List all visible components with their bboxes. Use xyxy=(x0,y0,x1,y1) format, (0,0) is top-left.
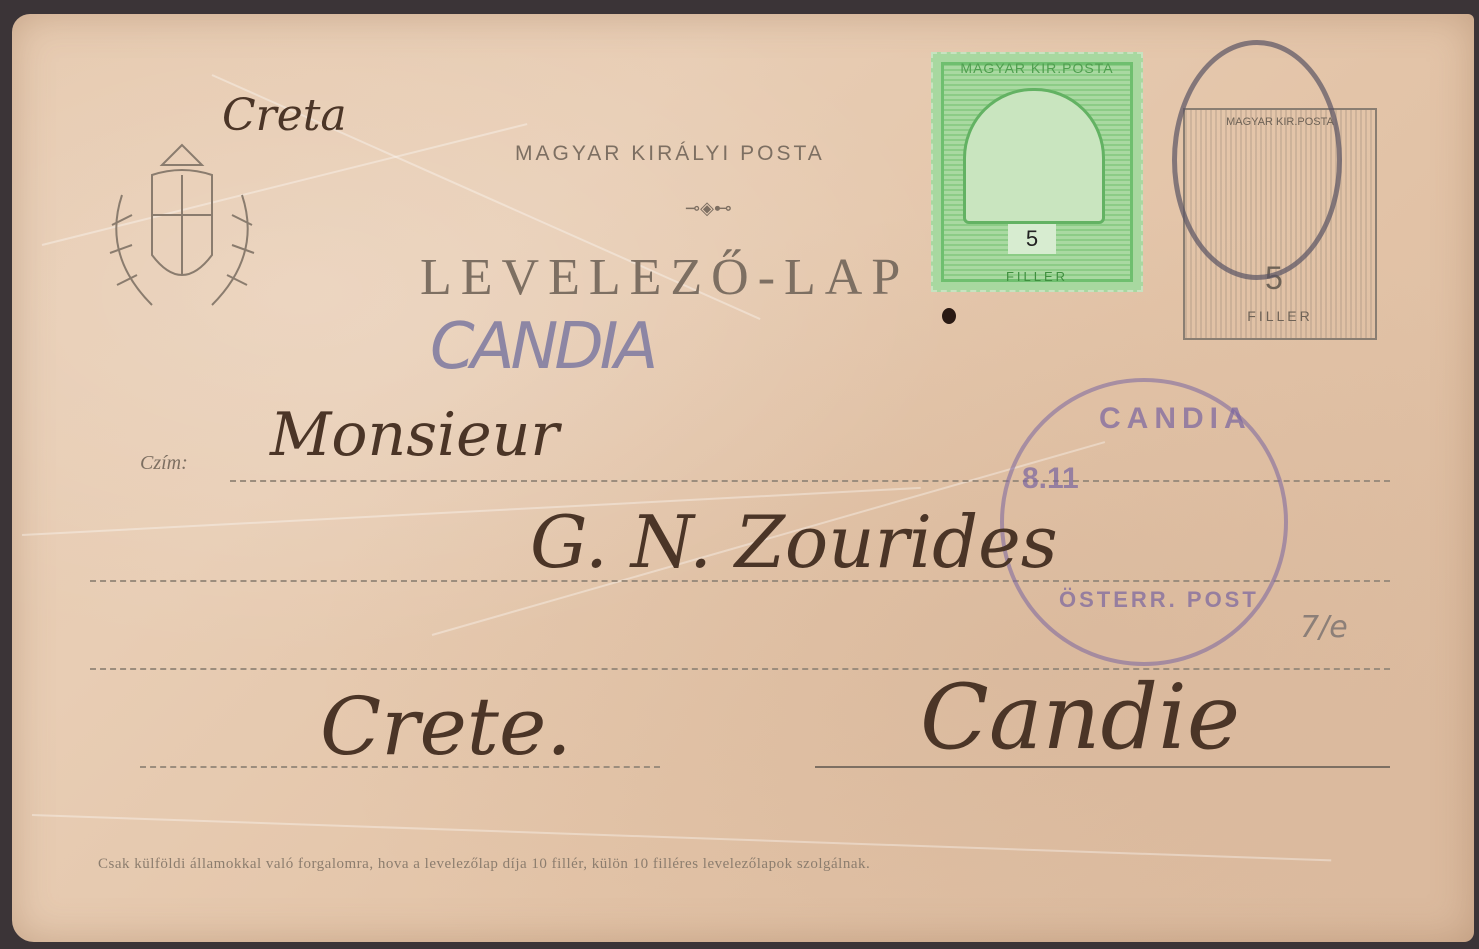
postmark-date: 8.11 xyxy=(1022,462,1079,496)
printed-title: LEVELEZŐ-LAP xyxy=(420,248,909,307)
postage-stamp: MAGYAR KIR.POSTA 5 FILLER xyxy=(931,52,1143,292)
footer-text: Csak külföldi államokkal való forgalomra… xyxy=(98,856,870,873)
printed-header: MAGYAR KIRÁLYI POSTA xyxy=(515,142,825,166)
addressee-region: Crete. xyxy=(320,680,572,773)
corner-note: Creta xyxy=(222,90,347,141)
margin-note: 7/e xyxy=(1300,610,1348,645)
address-label: Czím: xyxy=(140,452,188,475)
addressee-name: G. N. Zourides xyxy=(530,500,1058,584)
stamp-value: 5 xyxy=(1008,224,1056,254)
ornament-icon: ⊸◈⊷ xyxy=(685,198,732,219)
salutation: Monsieur xyxy=(270,400,559,470)
stamp-top-text: MAGYAR KIR.POSTA xyxy=(933,60,1141,76)
crease xyxy=(32,814,1331,861)
imprint-denomination: FILLER xyxy=(1185,308,1375,324)
ink-blot xyxy=(942,308,956,324)
addressee-city: Candie xyxy=(920,665,1240,770)
stamp-denomination: FILLER xyxy=(933,269,1141,284)
postmark-bottom-text: ÖSTERR. POST xyxy=(1059,587,1259,613)
pencil-note: CANDIA xyxy=(430,310,654,384)
coat-of-arms-icon xyxy=(92,135,272,335)
cancel-ring-postmark xyxy=(1172,40,1342,280)
postmark-top-text: CANDIA xyxy=(1099,402,1252,436)
stamp-vignette xyxy=(963,88,1105,224)
